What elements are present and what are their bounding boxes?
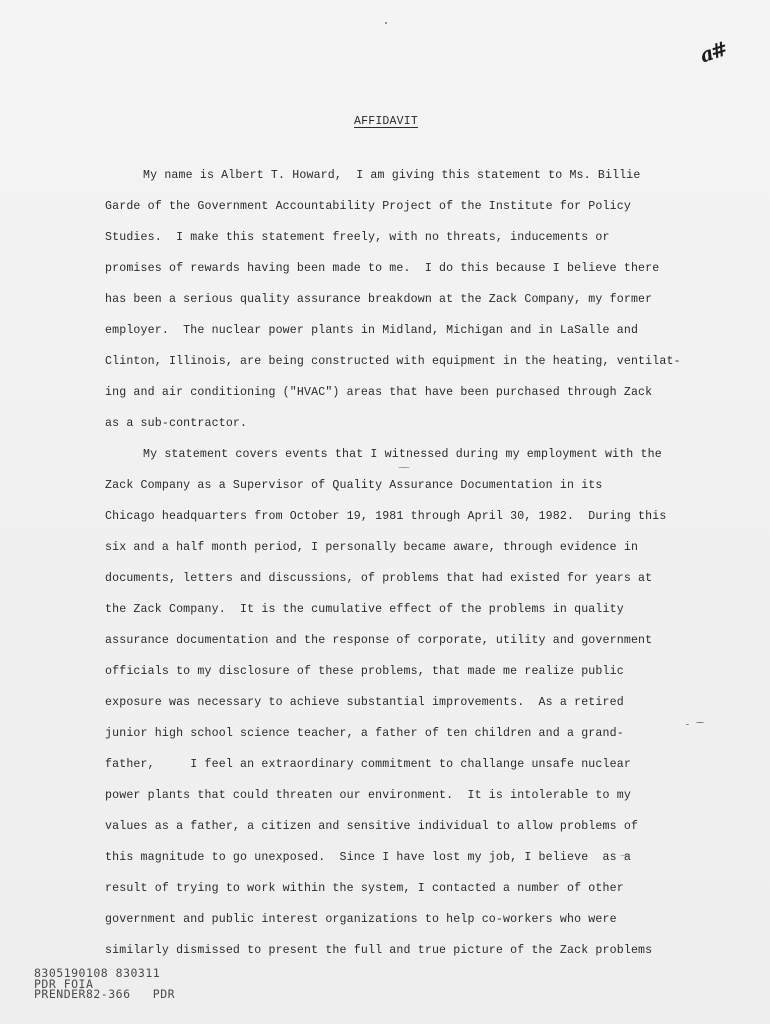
body-line: father, I feel an extraordinary commitme… [105, 758, 631, 772]
title-text: AFFIDAVIT [352, 115, 418, 128]
body-line: result of trying to work within the syst… [105, 882, 624, 896]
body-line: assurance documentation and the response… [105, 634, 652, 648]
scan-speck [620, 855, 628, 856]
microfilm-stamp: 8305190108 830311PDR FOIAPRENDER82-366 P… [34, 968, 175, 1000]
body-line: values as a father, a citizen and sensit… [105, 820, 638, 834]
body-line: Clinton, Illinois, are being constructed… [105, 355, 681, 369]
body-line: the Zack Company. It is the cumulative e… [105, 603, 624, 617]
body-line: government and public interest organizat… [105, 913, 617, 927]
body-line: documents, letters and discussions, of p… [105, 572, 652, 586]
handwritten-mark: a# [697, 37, 729, 68]
body-line: Zack Company as a Supervisor of Quality … [105, 479, 603, 493]
body-line: employer. The nuclear power plants in Mi… [105, 324, 638, 338]
body-line: six and a half month period, I personall… [105, 541, 638, 555]
body-line: exposure was necessary to achieve substa… [105, 696, 624, 710]
scan-speck [686, 724, 689, 725]
body-line: officials to my disclosure of these prob… [105, 665, 624, 679]
body-line: My name is Albert T. Howard, I am giving… [143, 169, 641, 183]
body-line: promises of rewards having been made to … [105, 262, 659, 276]
body-line: Garde of the Government Accountability P… [105, 200, 631, 214]
body-line: this magnitude to go unexposed. Since I … [105, 851, 631, 865]
body-line: power plants that could threaten our env… [105, 789, 631, 803]
scan-speck [398, 467, 410, 468]
body-line: My statement covers events that I witnes… [143, 448, 662, 462]
body-line: Chicago headquarters from October 19, 19… [105, 510, 666, 524]
scan-speck [696, 722, 704, 723]
stamp-line-3: PRENDER82-366 PDR [34, 989, 175, 1000]
document-page: a# AFFIDAVIT My name is Albert T. Howard… [0, 0, 770, 1024]
body-line: similarly dismissed to present the full … [105, 944, 652, 958]
body-line: has been a serious quality assurance bre… [105, 293, 652, 307]
body-line: as a sub-contractor. [105, 417, 247, 431]
body-line: ing and air conditioning ("HVAC") areas … [105, 386, 652, 400]
body-line: junior high school science teacher, a fa… [105, 727, 624, 741]
body-line: Studies. I make this statement freely, w… [105, 231, 610, 245]
document-title: AFFIDAVIT [0, 115, 770, 128]
scan-speck [385, 22, 387, 24]
